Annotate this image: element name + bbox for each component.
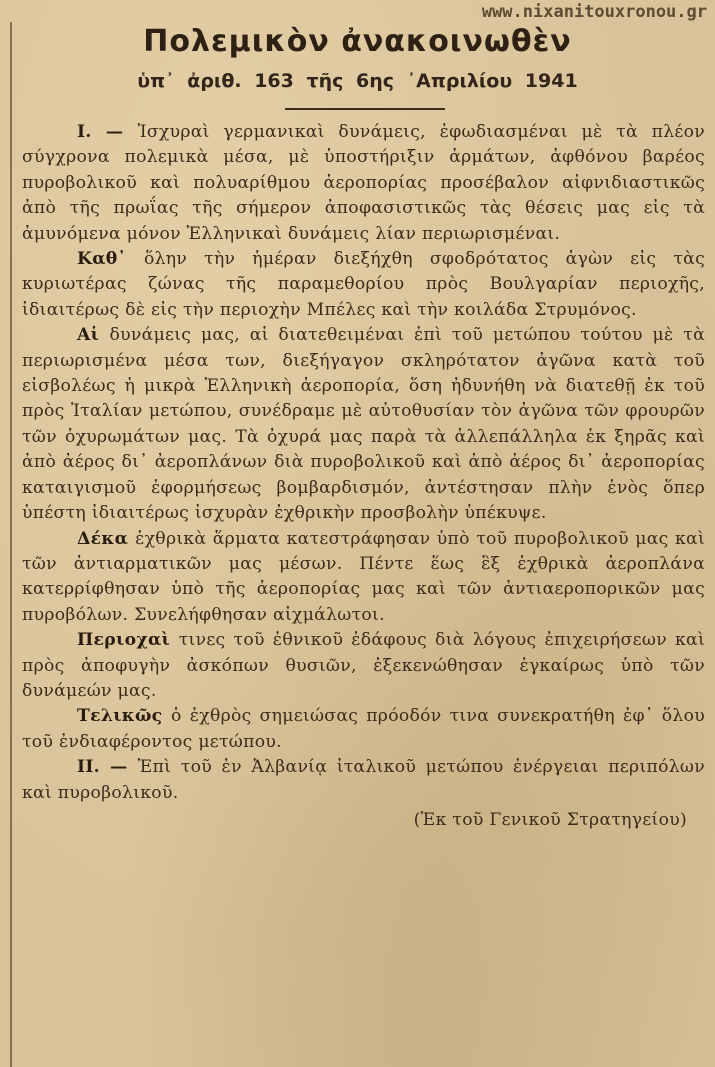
paragraph-2: Καθ᾽ ὅλην τὴν ἡμέραν διεξήχθη σφοδρότατο…: [22, 247, 705, 323]
paragraph-text: δυνάμεις μας, αἱ διατεθειμέναι ἐπὶ τοῦ μ…: [22, 325, 705, 523]
paragraph-5: Περιοχαὶ τινες τοῦ ἐθνικοῦ ἐδάφους διὰ λ…: [22, 628, 705, 704]
headline: Πολεμικὸν ἀνακοινωθὲν: [0, 24, 715, 59]
subhead: ὑπ᾽ ἀριθ. 163 τῆς 6ης ᾽Απριλίου 1941: [0, 70, 715, 92]
paragraph-lead: Αἱ: [77, 325, 110, 345]
paragraph-1: I. — Ἰσχυραὶ γερμανικαὶ δυνάμεις, ἐφωδια…: [22, 120, 705, 247]
column-rule: [10, 22, 12, 1067]
watermark: www.nixanitouxronou.gr: [482, 2, 707, 22]
headline-divider: [285, 108, 445, 110]
paragraph-lead: II. —: [77, 757, 138, 777]
paragraph-3: Αἱ δυνάμεις μας, αἱ διατεθειμέναι ἐπὶ το…: [22, 323, 705, 526]
paragraph-lead: Δέκα: [77, 529, 135, 549]
paragraph-lead: Περιοχαὶ: [77, 630, 179, 650]
source-attribution: (Ἐκ τοῦ Γενικοῦ Στρατηγείου): [22, 808, 705, 833]
paragraph-lead: I. —: [77, 122, 138, 142]
paragraph-6: Τελικῶς ὁ ἐχθρὸς σημειώσας πρόοδόν τινα …: [22, 704, 705, 755]
paragraph-4: Δέκα ἐχθρικὰ ἅρματα κατεστράφησαν ὑπὸ το…: [22, 527, 705, 629]
paragraph-lead: Καθ᾽: [77, 249, 144, 269]
paragraph-lead: Τελικῶς: [77, 706, 171, 726]
article-body: I. — Ἰσχυραὶ γερμανικαὶ δυνάμεις, ἐφωδια…: [22, 120, 705, 833]
paragraph-7: II. — Ἐπὶ τοῦ ἐν Ἀλβανίᾳ ἰταλικοῦ μετώπο…: [22, 755, 705, 806]
